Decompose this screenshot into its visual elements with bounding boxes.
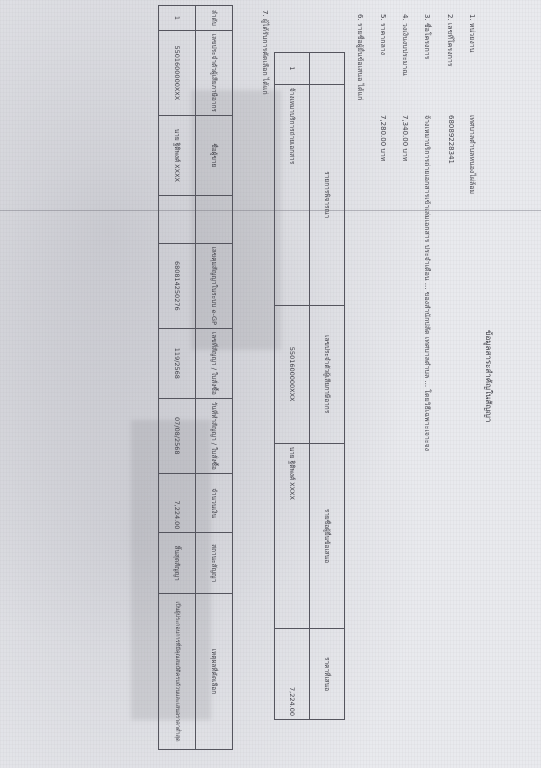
cell-egp-number: 680814250276 [159, 243, 196, 328]
table-header-row: ลำดับ เลขประจำตัวผู้เสียภาษีอากร ชื่อผู้… [196, 6, 233, 750]
field-value-agency: เทศบาลตำบลหนองไผ่ล้อม [466, 115, 477, 194]
field-value-median-price: 7,280.00 บาท [377, 115, 388, 161]
cell-index: 1 [275, 53, 310, 85]
cell-contract-date: 07/08/2568 [159, 398, 196, 473]
field-value-project-name: จ้างเหมาบริการถ่ายเอกสารเข้าเล่มเอกสาร ป… [421, 115, 432, 451]
field-label-median-price: 5. ราคากลาง [377, 14, 388, 55]
cell-bidder-name: นาย ฐิติพงศ์ XXXX [275, 443, 310, 628]
document-title: ข้อมูลสาระสำคัญในสัญญา [482, 330, 495, 422]
col-header-index [310, 53, 345, 85]
col-header-contract-number: เลขที่สัญญา / ใบสั่งซื้อ [196, 329, 233, 399]
cell-index: 1 [159, 6, 196, 31]
scanned-document-page: ข้อมูลสาระสำคัญในสัญญา 1. หน่วยงาน เทศบา… [0, 0, 541, 768]
cell-item: จ้างเหมาบริการถ่ายเอกสาร [275, 84, 310, 305]
cell-contract-number: 119/2568 [159, 329, 196, 399]
col-header-blank [196, 195, 233, 243]
winner-table: ลำดับ เลขประจำตัวผู้เสียภาษีอากร ชื่อผู้… [158, 5, 233, 750]
cell-seller-name: นาย ฐิติพงศ์ XXXX [159, 115, 196, 195]
col-header-contract-status: สถานะสัญญา [196, 533, 233, 593]
field-label-bidders: 6. รายชื่อผู้ยื่นข้อเสนอ ได้แก่ [354, 14, 365, 100]
cell-blank [159, 195, 196, 243]
cell-tax-id: 5501600000XXX [159, 30, 196, 115]
col-header-index: ลำดับ [196, 6, 233, 31]
col-header-contract-date: วันที่ทำสัญญา / ใบสั่งซื้อ [196, 398, 233, 473]
col-header-amount: จำนวนเงิน [196, 473, 233, 533]
field-value-budget: 7,340.00 บาท [399, 115, 410, 161]
col-header-tax-id: เลขประจำตัวผู้เสียภาษีอากร [196, 30, 233, 115]
col-header-seller-name: ชื่อผู้ขาย [196, 115, 233, 195]
cell-contract-status: สิ้นสุดสัญญา [159, 533, 196, 593]
bidders-table: รายการพิจารณา เลขประจำตัวผู้เสียภาษีอากร… [274, 52, 345, 720]
cell-bid-price: 7,224.00 [275, 629, 310, 720]
cell-amount: 7,224.00 [159, 473, 196, 533]
cell-tax-id: 5501600000XXX [275, 305, 310, 443]
col-header-egp-number: เลขคุมสัญญาในระบบ e-GP [196, 243, 233, 328]
field-label-agency: 1. หน่วยงาน [466, 14, 477, 52]
table-row: 1 5501600000XXX นาย ฐิติพงศ์ XXXX 680814… [159, 6, 196, 750]
col-header-bidder-name: รายชื่อผู้ยื่นข้อเสนอ [310, 443, 345, 628]
col-header-reason: เหตุผลที่คัดเลือก [196, 593, 233, 749]
field-label-budget: 4. วงเงินงบประมาณ [399, 14, 410, 76]
winner-heading: 7. ผู้ได้รับการคัดเลือก ได้แก่ [259, 10, 270, 95]
field-value-project-number: 68089228341 [447, 115, 455, 164]
col-header-item: รายการพิจารณา [310, 84, 345, 305]
col-header-tax-id: เลขประจำตัวผู้เสียภาษีอากร [310, 305, 345, 443]
table-row: 1 จ้างเหมาบริการถ่ายเอกสาร 5501600000XXX… [275, 53, 310, 720]
table-header-row: รายการพิจารณา เลขประจำตัวผู้เสียภาษีอากร… [310, 53, 345, 720]
field-label-project-name: 3. ชื่อโครงการ [421, 14, 432, 59]
col-header-bid-price: ราคาที่เสนอ [310, 629, 345, 720]
cell-reason: เป็นผู้ประกอบการที่มีคุณสมบัติครบถ้วนและ… [159, 593, 196, 749]
field-label-project-number: 2. เลขที่โครงการ [444, 14, 455, 67]
